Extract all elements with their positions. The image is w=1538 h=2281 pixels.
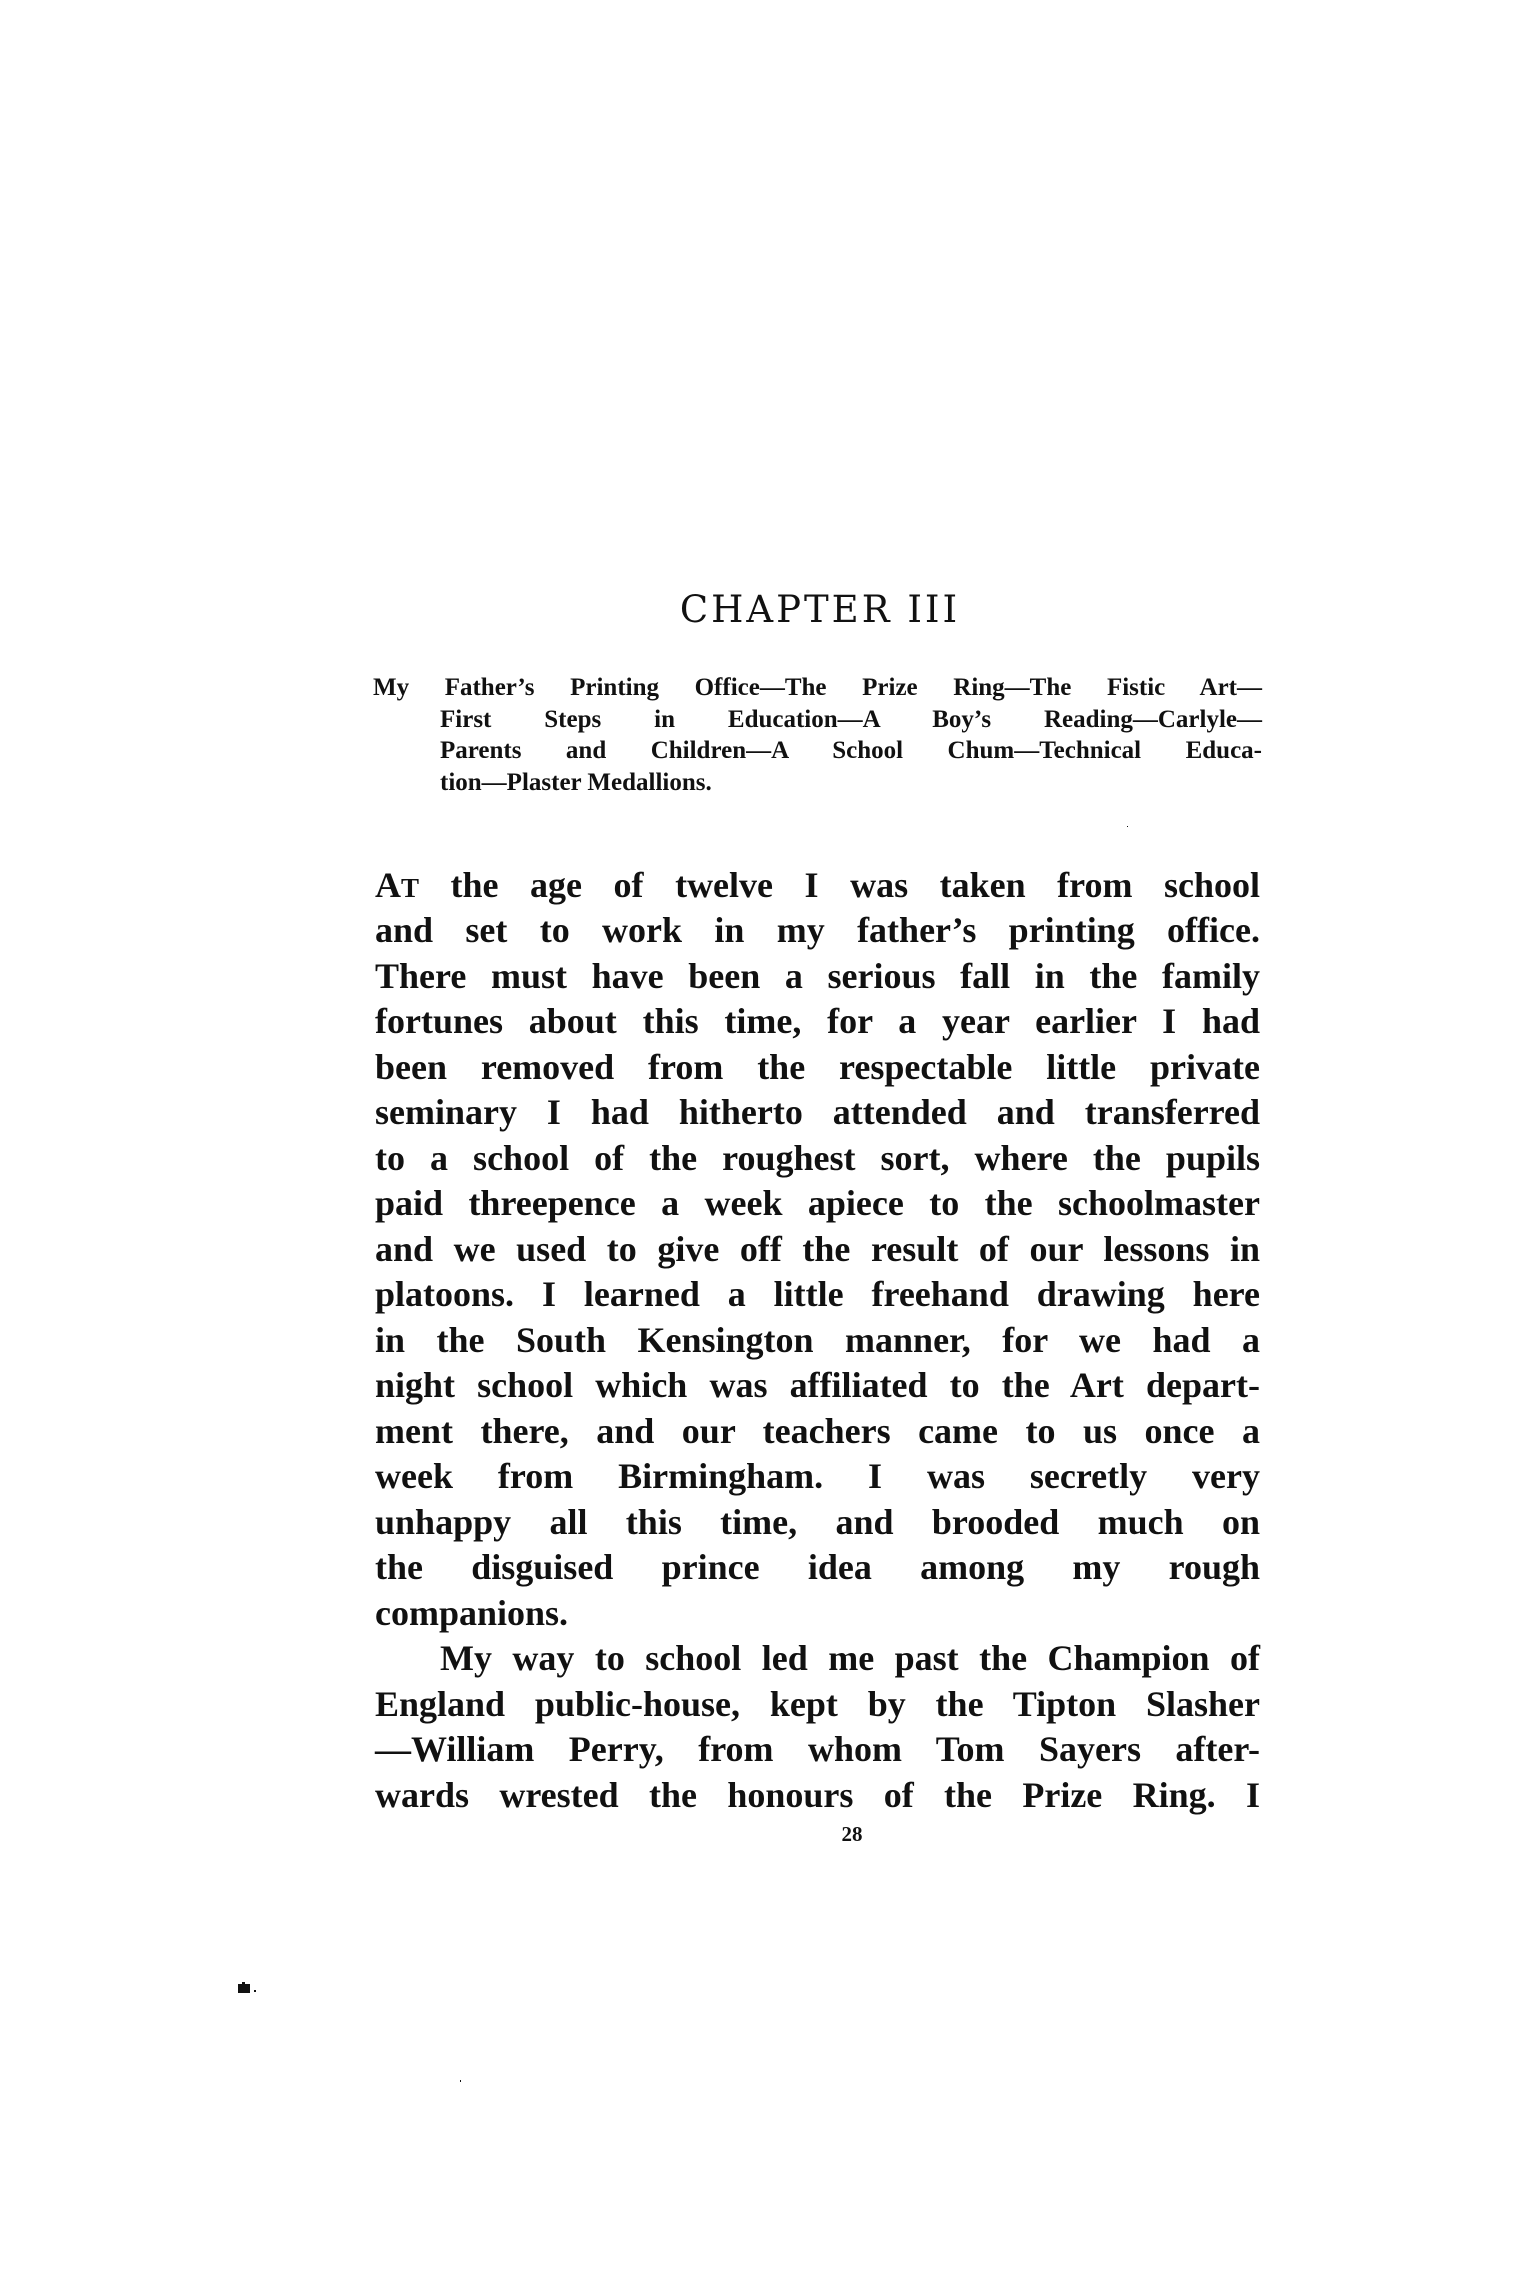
chapter-synopsis-line: tion—Plaster Medallions. bbox=[440, 767, 1262, 798]
scan-speck bbox=[1127, 826, 1128, 827]
body-line: week from Birmingham. I was secretly ver… bbox=[375, 1453, 1260, 1499]
body-line: night school which was affiliated to the… bbox=[375, 1362, 1260, 1408]
body-line: ment there, and our teachers came to us … bbox=[375, 1408, 1260, 1454]
scan-speck bbox=[254, 1990, 256, 1992]
book-page: CHAPTER III My Father’s Printing Office—… bbox=[0, 0, 1538, 2281]
body-line: been removed from the respectable little… bbox=[375, 1044, 1260, 1090]
body-line: in the South Kensington manner, for we h… bbox=[375, 1317, 1260, 1363]
body-line: —William Perry, from whom Tom Sayers aft… bbox=[375, 1726, 1260, 1772]
chapter-title: CHAPTER III bbox=[600, 588, 1040, 632]
chapter-synopsis-line: First Steps in Education—A Boy’s Reading… bbox=[440, 704, 1262, 735]
first-line-text: the age of twelve I was taken from schoo… bbox=[419, 865, 1260, 905]
chapter-synopsis-line: My Father’s Printing Office—The Prize Ri… bbox=[373, 672, 1262, 703]
scan-speck bbox=[460, 2080, 461, 2082]
body-line: There must have been a serious fall in t… bbox=[375, 953, 1260, 999]
page-number: 28 bbox=[820, 1822, 884, 1846]
body-line: England public-house, kept by the Tipton… bbox=[375, 1681, 1260, 1727]
scan-speck bbox=[242, 1982, 245, 1986]
chapter-synopsis-line: Parents and Children—A School Chum—Techn… bbox=[440, 735, 1262, 766]
body-line: platoons. I learned a little freehand dr… bbox=[375, 1271, 1260, 1317]
body-line: companions. bbox=[375, 1590, 1260, 1636]
body-line: to a school of the roughest sort, where … bbox=[375, 1135, 1260, 1181]
body-line: fortunes about this time, for a year ear… bbox=[375, 998, 1260, 1044]
body-first-line: AT the age of twelve I was taken from sc… bbox=[375, 862, 1260, 908]
body-line: and we used to give off the result of ou… bbox=[375, 1226, 1260, 1272]
body-line: unhappy all this time, and brooded much … bbox=[375, 1499, 1260, 1545]
body-line: the disguised prince idea among my rough bbox=[375, 1544, 1260, 1590]
body-line: My way to school led me past the Champio… bbox=[440, 1635, 1260, 1681]
body-line: seminary I had hitherto attended and tra… bbox=[375, 1089, 1260, 1135]
opening-smallcap: T bbox=[401, 873, 419, 903]
body-line: wards wrested the honours of the Prize R… bbox=[375, 1772, 1260, 1818]
body-line: and set to work in my father’s printing … bbox=[375, 907, 1260, 953]
opening-initial: A bbox=[375, 865, 401, 905]
body-line: paid threepence a week apiece to the sch… bbox=[375, 1180, 1260, 1226]
